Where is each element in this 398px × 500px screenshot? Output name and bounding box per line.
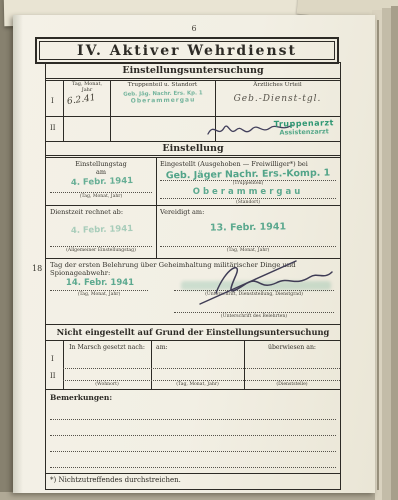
nicht-eingestellt-header: Nicht eingestellt auf Grund der Einstell… (46, 327, 340, 337)
column-header-date: Tag, Monat, Jahr (64, 82, 110, 93)
page-crease (377, 20, 379, 490)
dotted-line (50, 290, 148, 291)
wohnort-sublabel: (Wohnort) (63, 382, 151, 387)
remarks-line (50, 419, 336, 420)
row-divider (46, 116, 340, 117)
section-divider (46, 389, 340, 390)
divider-line (46, 157, 340, 158)
column-header-unit: Truppenteil u. Standort (110, 83, 215, 89)
dotted-line (63, 380, 340, 381)
page-stack-edge (391, 6, 398, 500)
dienstzeit-date-stamp: 4. Febr. 1941 (54, 223, 150, 236)
truppenteil-sublabel: (Truppenteil) (160, 181, 336, 186)
vereidigt-sublabel: (Tag, Monat, Jahr) (160, 248, 336, 253)
dienststelle-sublabel: (Dienststelle) (244, 382, 340, 387)
marsch-col-header: In Marsch gesetzt nach: (63, 344, 151, 351)
standort-sublabel: (Standort) (160, 200, 336, 205)
column-line (156, 157, 157, 258)
page-title: IV. Aktiver Wehrdienst (77, 43, 297, 59)
dotted-line (50, 246, 152, 247)
unit-stamp: Geb. Jäg. Nachr. Ers. Kp. 1 Oberammergau (112, 90, 214, 105)
binding-shadow (13, 15, 23, 493)
dienstzeit-sublabel: (Allgemeiner Einstellungstag) (50, 248, 152, 253)
ueberwiesen-col-header: überwiesen an: (244, 344, 340, 351)
form-table: Einstellungsuntersuchung Tag, Monat, Jah… (45, 62, 341, 490)
section-divider (46, 324, 340, 325)
page-number: 6 (13, 24, 375, 33)
row-label-II: II (50, 372, 56, 380)
dienstzeit-label: Dienstzeit rechnet ab: (50, 208, 123, 216)
eingestellt-label: Eingestellt (Ausgehoben — Freiwilliger*)… (160, 160, 308, 168)
column-line (110, 80, 111, 141)
footer-divider (46, 473, 340, 474)
remarks-line (50, 451, 336, 452)
divider-line (46, 78, 340, 79)
untersuchung-header: Einstellungsuntersuchung (46, 65, 340, 76)
truppenarzt-stamp: Truppenarzt Assistenzarzt (268, 118, 340, 137)
standort-stamp: Oberammergau (160, 187, 336, 197)
remarks-line (50, 467, 336, 468)
row-label-I: I (51, 97, 54, 105)
belehrter-signature-sublabel: (Unterschrift des Belehrten) (174, 314, 334, 319)
datum-sublabel: (Tag, Monat, Jahr) (151, 382, 244, 387)
belehrung-date-sublabel: (Tag, Monat, Jahr) (50, 292, 148, 297)
dotted-line (174, 312, 334, 313)
handwritten-verdict: Geb.-Dienst-tgl. (215, 94, 340, 104)
divider-line (46, 340, 340, 341)
vereidigt-label: Vereidigt am: (160, 208, 204, 216)
dotted-line (160, 246, 336, 247)
row-label-I: I (51, 355, 54, 363)
footnote: *) Nichtzutreffendes durchstreichen. (50, 476, 181, 484)
page-edge-bottom (0, 492, 375, 500)
page-stack-edge (382, 8, 391, 500)
handwritten-date: 6.2.41 (66, 93, 96, 107)
dotted-row-divider (63, 368, 340, 369)
am-col-header: am: (156, 344, 168, 351)
einstellungstag-label: Einstellungstag am (50, 160, 152, 176)
section-title-box: IV. Aktiver Wehrdienst (35, 37, 339, 64)
belehrung-date-stamp: 14. Febr. 1941 (54, 278, 146, 288)
einstellungstag-date-stamp: 4. Febr. 1941 (54, 175, 150, 188)
wehrpass-page: 6 IV. Aktiver Wehrdienst 18 Einstellungs… (13, 15, 375, 493)
row-label-II: II (50, 124, 56, 132)
remarks-line (50, 435, 336, 436)
margin-item-number: 18 (32, 264, 42, 273)
column-header-verdict: Ärztliches Urteil (215, 83, 340, 89)
divider-line (46, 155, 340, 156)
row-divider (46, 205, 340, 206)
section-divider (46, 141, 340, 142)
bemerkungen-label: Bemerkungen: (50, 393, 112, 402)
scanned-document: 6 IV. Aktiver Wehrdienst 18 Einstellungs… (0, 0, 398, 500)
einstellungstag-sublabel: (Tag, Monat, Jahr) (50, 194, 152, 199)
einstellung-header: Einstellung (46, 143, 340, 154)
instructor-signature (186, 259, 336, 307)
dotted-line (50, 192, 152, 193)
vereidigt-date-stamp: 13. Febr. 1941 (160, 220, 336, 234)
